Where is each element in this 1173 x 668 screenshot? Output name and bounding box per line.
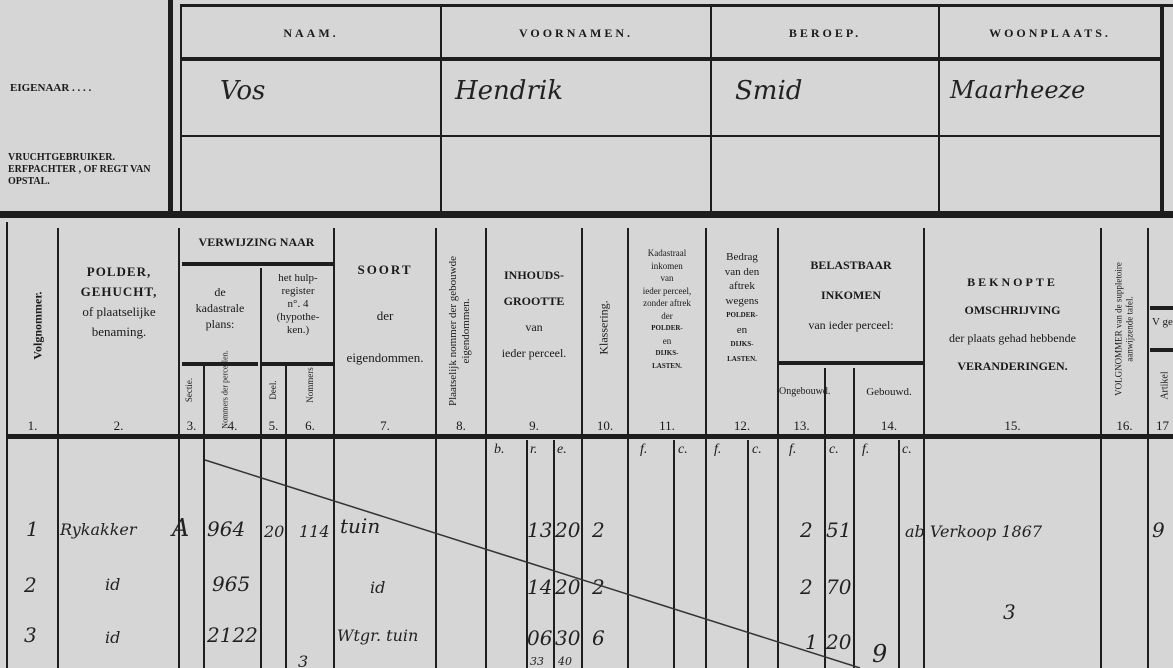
cell-area-r: 33 — [530, 655, 544, 668]
cell-perceel: 2122 — [207, 623, 258, 647]
cell-artikel: 9 — [1152, 518, 1165, 542]
cell-perceel: 964 — [207, 517, 245, 541]
cell-sectie: A — [172, 514, 189, 542]
cell-area-e: 20 — [555, 575, 580, 599]
cell-omschrijving: 3 — [1003, 600, 1016, 624]
cell-ongebouwd-c: 70 — [826, 575, 851, 599]
cell-deel: 20 — [264, 522, 284, 541]
cell-hulp-nr: 114 — [299, 522, 330, 541]
cell-area-r: 13 — [527, 518, 552, 542]
cell-polder: Rykakker — [60, 520, 137, 539]
cell-ongebouwd-c: 20 — [826, 630, 851, 654]
cell-soort: id — [370, 578, 385, 597]
cell-omschrijving: ab Verkoop 1867 — [905, 522, 1042, 541]
cell-ongebouwd-f: 1 — [805, 630, 818, 654]
cell-ongebouwd-c: 51 — [826, 518, 851, 542]
cell-polder: id — [105, 628, 120, 647]
cell-klassering: 2 — [592, 518, 605, 542]
cell-soort: Wtgr. tuin — [337, 626, 418, 645]
cell-perceel: 965 — [212, 572, 250, 596]
cell-volgnr: 3 — [24, 623, 37, 647]
cell-klassering: 2 — [592, 575, 605, 599]
cell-klassering: 6 — [592, 626, 605, 650]
cancellation-line — [0, 0, 1173, 668]
cell-area-e: 30 — [555, 626, 580, 650]
cell-area-e: 40 — [558, 655, 572, 668]
cell-ongebouwd-f: 2 — [800, 575, 813, 599]
cell-ongebouwd-f: 2 — [800, 518, 813, 542]
cell-volgnr: 2 — [24, 573, 37, 597]
cell-area-e: 20 — [555, 518, 580, 542]
cell-area-r: 14 — [527, 575, 552, 599]
cell-area-r: 06 — [527, 626, 552, 650]
cell-volgnr: 1 — [26, 517, 39, 541]
cell-gebouwd-f: 9 — [872, 640, 887, 668]
cell-soort: tuin — [340, 514, 380, 538]
cell-polder: id — [105, 575, 120, 594]
cell-hulp-nr: 3 — [298, 652, 308, 668]
